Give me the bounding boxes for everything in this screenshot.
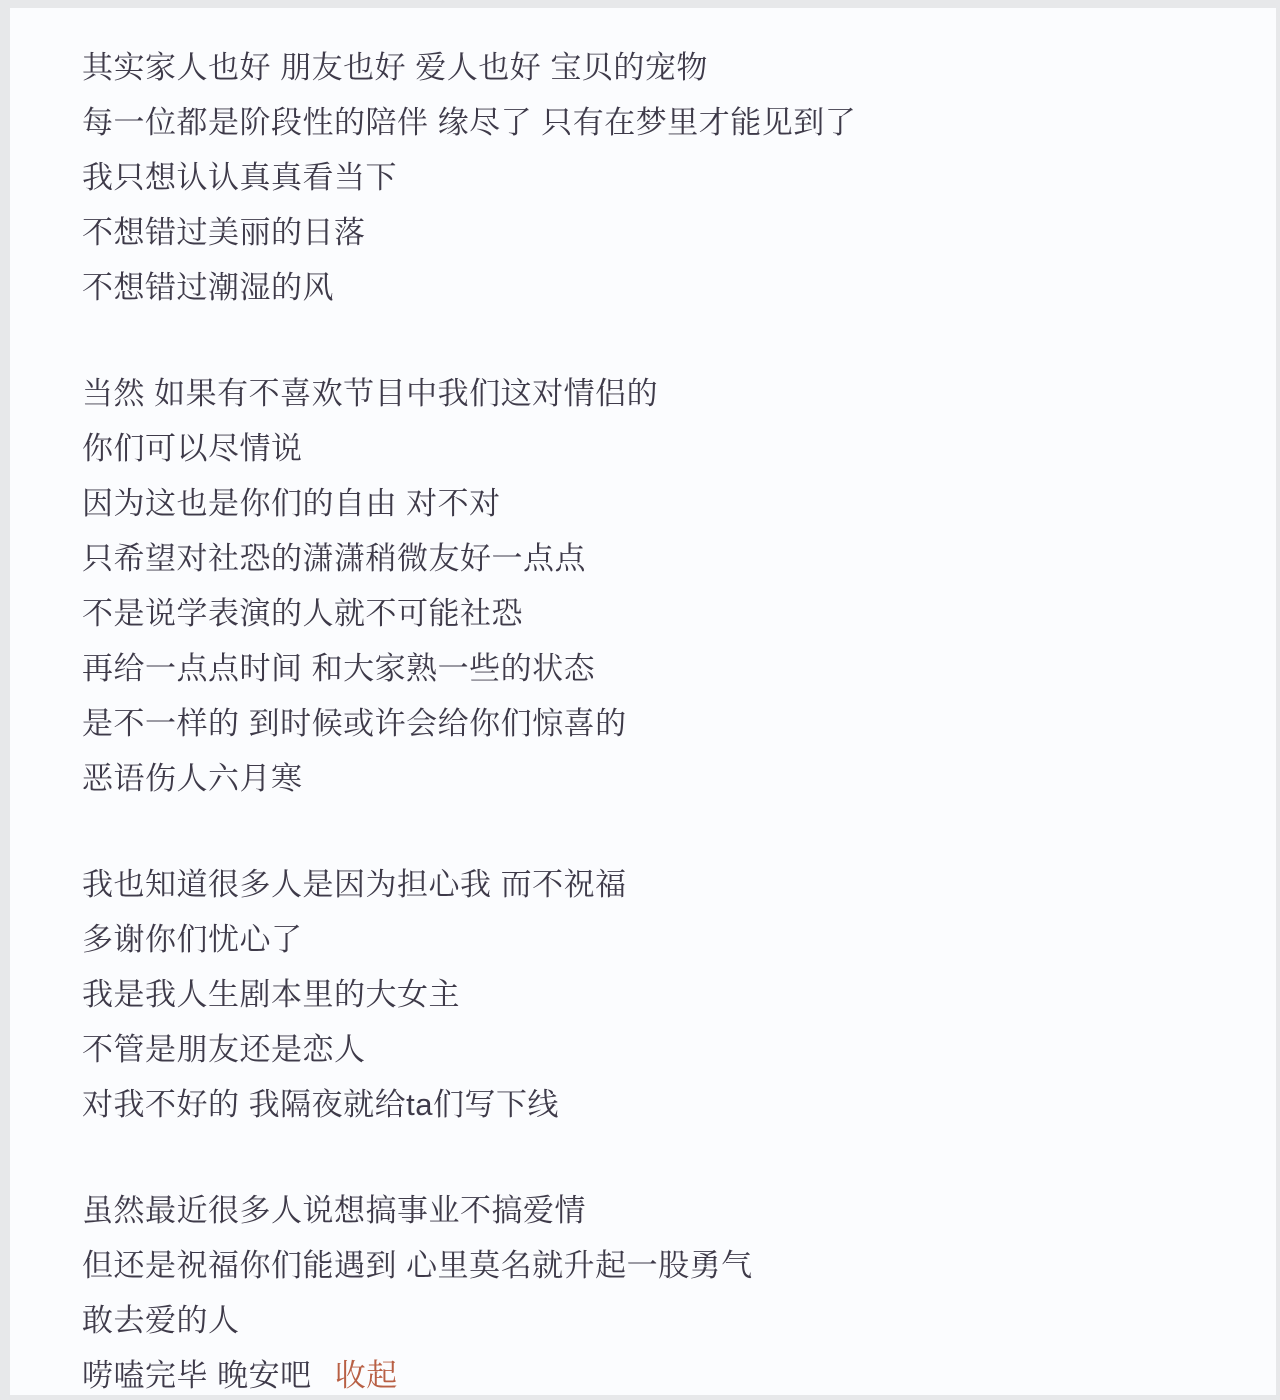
footer-line-text: 唠嗑完毕 晚安吧 <box>82 1358 312 1393</box>
post-text: 其实家人也好 朋友也好 爱人也好 宝贝的宠物每一位都是阶段性的陪伴 缘尽了 只有… <box>10 8 1276 1400</box>
text-line: 虽然最近很多人说想搞事业不搞爱情 <box>82 1183 1236 1238</box>
collapse-link[interactable]: 收起 <box>335 1358 398 1393</box>
text-line: 是不一样的 到时候或许会给你们惊喜的 <box>82 696 1236 751</box>
text-line: 当然 如果有不喜欢节目中我们这对情侣的 <box>82 366 1236 421</box>
text-line: 因为这也是你们的自由 对不对 <box>82 476 1236 531</box>
text-line: 不是说学表演的人就不可能社恐 <box>82 586 1236 641</box>
text-line: 每一位都是阶段性的陪伴 缘尽了 只有在梦里才能见到了 <box>82 95 1236 150</box>
text-line: 敢去爱的人 <box>82 1293 1236 1348</box>
text-line: 但还是祝福你们能遇到 心里莫名就升起一股勇气 <box>82 1238 1236 1293</box>
text-line: 恶语伤人六月寒 <box>82 751 1236 806</box>
text-line: 不管是朋友还是恋人 <box>82 1022 1236 1077</box>
footer-line: 唠嗑完毕 晚安吧 收起 <box>82 1348 1236 1400</box>
text-line: 不想错过潮湿的风 <box>82 260 1236 315</box>
text-line: 只希望对社恐的潇潇稍微友好一点点 <box>82 531 1236 586</box>
text-line: 不想错过美丽的日落 <box>82 205 1236 260</box>
paragraph: 虽然最近很多人说想搞事业不搞爱情但还是祝福你们能遇到 心里莫名就升起一股勇气敢去… <box>82 1183 1236 1348</box>
paragraph: 其实家人也好 朋友也好 爱人也好 宝贝的宠物每一位都是阶段性的陪伴 缘尽了 只有… <box>82 40 1236 315</box>
paragraph: 我也知道很多人是因为担心我 而不祝福多谢你们忧心了我是我人生剧本里的大女主不管是… <box>82 857 1236 1132</box>
paragraph: 当然 如果有不喜欢节目中我们这对情侣的你们可以尽情说因为这也是你们的自由 对不对… <box>82 366 1236 806</box>
text-line: 再给一点点时间 和大家熟一些的状态 <box>82 641 1236 696</box>
text-line: 其实家人也好 朋友也好 爱人也好 宝贝的宠物 <box>82 40 1236 95</box>
text-line: 你们可以尽情说 <box>82 421 1236 476</box>
text-line: 多谢你们忧心了 <box>82 912 1236 967</box>
post-paragraphs: 其实家人也好 朋友也好 爱人也好 宝贝的宠物每一位都是阶段性的陪伴 缘尽了 只有… <box>82 40 1236 1348</box>
post-card: 其实家人也好 朋友也好 爱人也好 宝贝的宠物每一位都是阶段性的陪伴 缘尽了 只有… <box>10 8 1276 1395</box>
text-line: 我只想认认真真看当下 <box>82 150 1236 205</box>
text-line: 我是我人生剧本里的大女主 <box>82 967 1236 1022</box>
text-line: 我也知道很多人是因为担心我 而不祝福 <box>82 857 1236 912</box>
text-line: 对我不好的 我隔夜就给ta们写下线 <box>82 1077 1236 1132</box>
